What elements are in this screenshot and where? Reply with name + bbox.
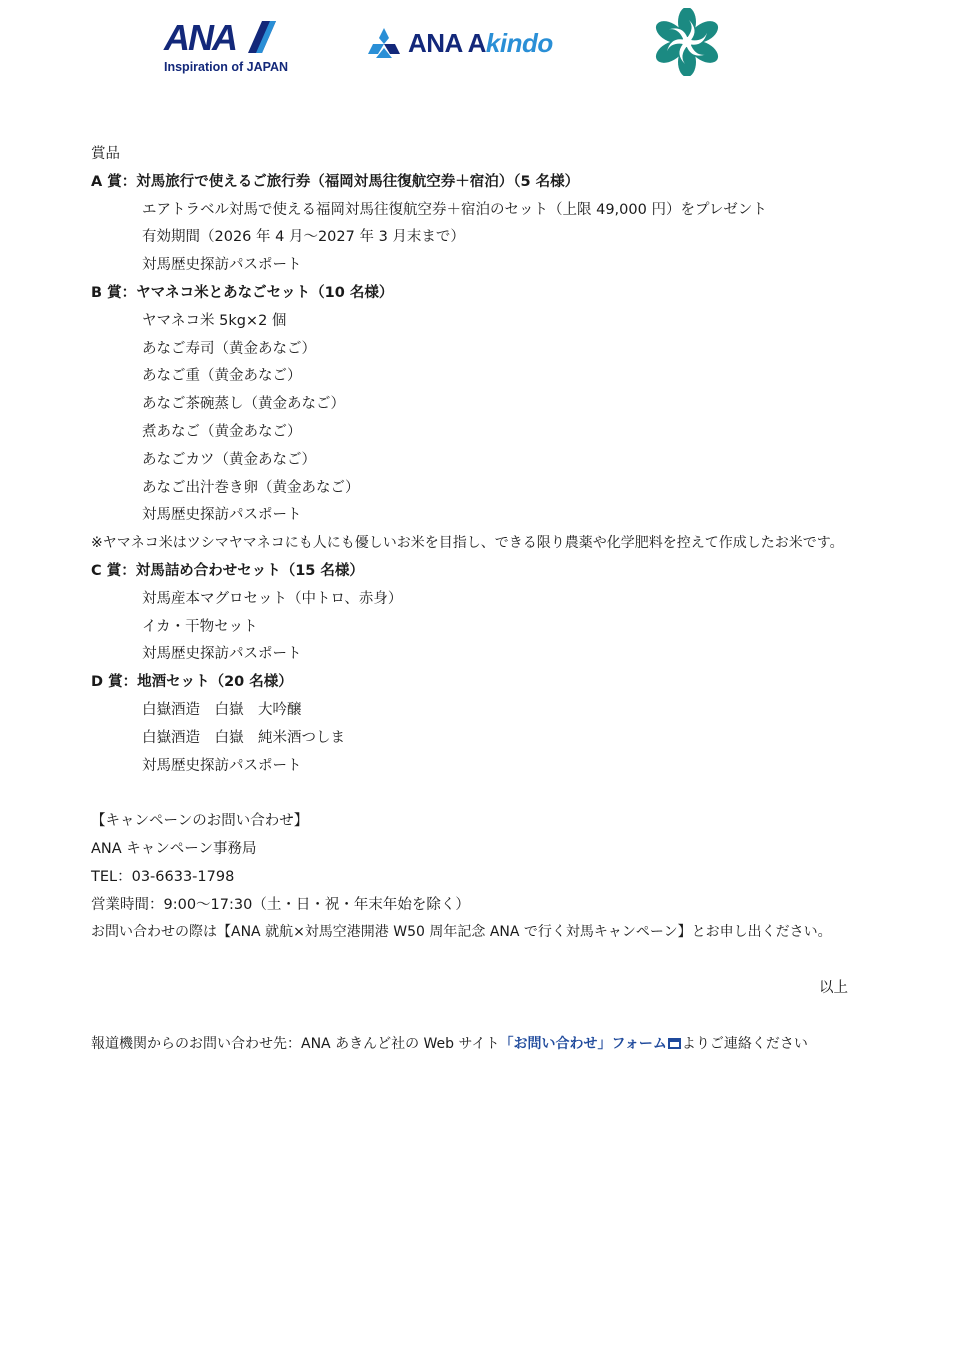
prize-b-note: ※ヤマネコ米はツシマヤマネコにも人にも優しいお米を目指し、できる限り農薬や化学肥… [91,530,891,558]
ana-slash-icon [248,21,276,53]
prize-c-item: 対馬産本マグロセット（中トロ、赤身） [91,586,891,614]
contact-instruction: お問い合わせの際は【ANA 就航×対馬空港開港 W50 周年記念 ANA で行く… [91,919,891,947]
prize-a-item: 対馬歴史探訪パスポート [91,252,891,280]
contact-tel: TEL：03-6633-1798 [91,864,891,892]
prize-b-item: 煮あなご（黄金あなご） [91,419,891,447]
press-contact: 報道機関からのお問い合わせ先：ANA あきんど社の Web サイト「お問い合わせ… [91,1031,891,1059]
prize-d-item: 白嶽酒造 白嶽 純米酒つしま [91,725,891,753]
prize-b-item: あなご出汁巻き卵（黄金あなご） [91,475,891,503]
prize-b-item: あなご重（黄金あなご） [91,363,891,391]
document-body: 賞品 A 賞：対馬旅行で使えるご旅行券（福岡対馬往復航空券＋宿泊）（5 名様） … [91,141,891,1058]
prize-b-title: B 賞：ヤマネコ米とあなごセット（10 名様） [91,280,891,308]
prize-c-item: 対馬歴史探訪パスポート [91,641,891,669]
prize-c-title: C 賞：対馬詰め合わせセット（15 名様） [91,558,891,586]
prize-b-item: あなご茶碗蒸し（黄金あなご） [91,391,891,419]
prize-a-item: エアトラベル対馬で使える福岡対馬往復航空券＋宿泊のセット（上限 49,000 円… [91,197,891,225]
external-link-icon[interactable] [668,1038,681,1049]
ana-akindo-logo: ANA Akindo [368,26,553,60]
prize-b-item: ヤマネコ米 5kg×2 個 [91,308,891,336]
ana-logo-mark: ANA [164,18,236,58]
logo-header: ANA Inspiration of JAPAN ANA Akindo [0,0,955,90]
prize-b-item: 対馬歴史探訪パスポート [91,502,891,530]
ana-logo: ANA Inspiration of JAPAN [162,18,297,78]
press-suffix: よりご連絡ください [682,1036,808,1052]
ana-tagline: Inspiration of JAPAN [164,60,288,74]
spacer [91,1003,891,1031]
contact-office: ANA キャンペーン事務局 [91,836,891,864]
prize-d-title: D 賞：地酒セット（20 名様） [91,669,891,697]
prize-d-item: 対馬歴史探訪パスポート [91,753,891,781]
akindo-wordmark: ANA Akindo [408,28,553,59]
akindo-prefix: ANA A [408,28,486,58]
press-prefix: 報道機関からのお問い合わせ先：ANA あきんど社の Web サイト [91,1036,500,1052]
closing-mark: 以上 [91,975,891,1003]
prize-b-item: あなご寿司（黄金あなご） [91,336,891,364]
contact-hours: 営業時間：9:00～17:30（土・日・祝・年末年始を除く） [91,892,891,920]
akindo-tri-icon [368,28,400,58]
prize-a-item: 有効期間（2026 年 4 月～2027 年 3 月末まで） [91,224,891,252]
prize-c-item: イカ・干物セット [91,614,891,642]
contact-heading: 【キャンペーンのお問い合わせ】 [91,808,891,836]
prize-b-item: あなごカツ（黄金あなご） [91,447,891,475]
prize-a-title: A 賞：対馬旅行で使えるご旅行券（福岡対馬往復航空券＋宿泊）（5 名様） [91,169,891,197]
inquiry-form-link[interactable]: 「お問い合わせ」フォーム [500,1036,667,1052]
prizes-heading: 賞品 [91,141,891,169]
spacer [91,780,891,808]
prize-d-item: 白嶽酒造 白嶽 大吟醸 [91,697,891,725]
akindo-suffix: kindo [486,28,553,58]
spacer [91,947,891,975]
tsushima-flower-icon [653,8,721,76]
